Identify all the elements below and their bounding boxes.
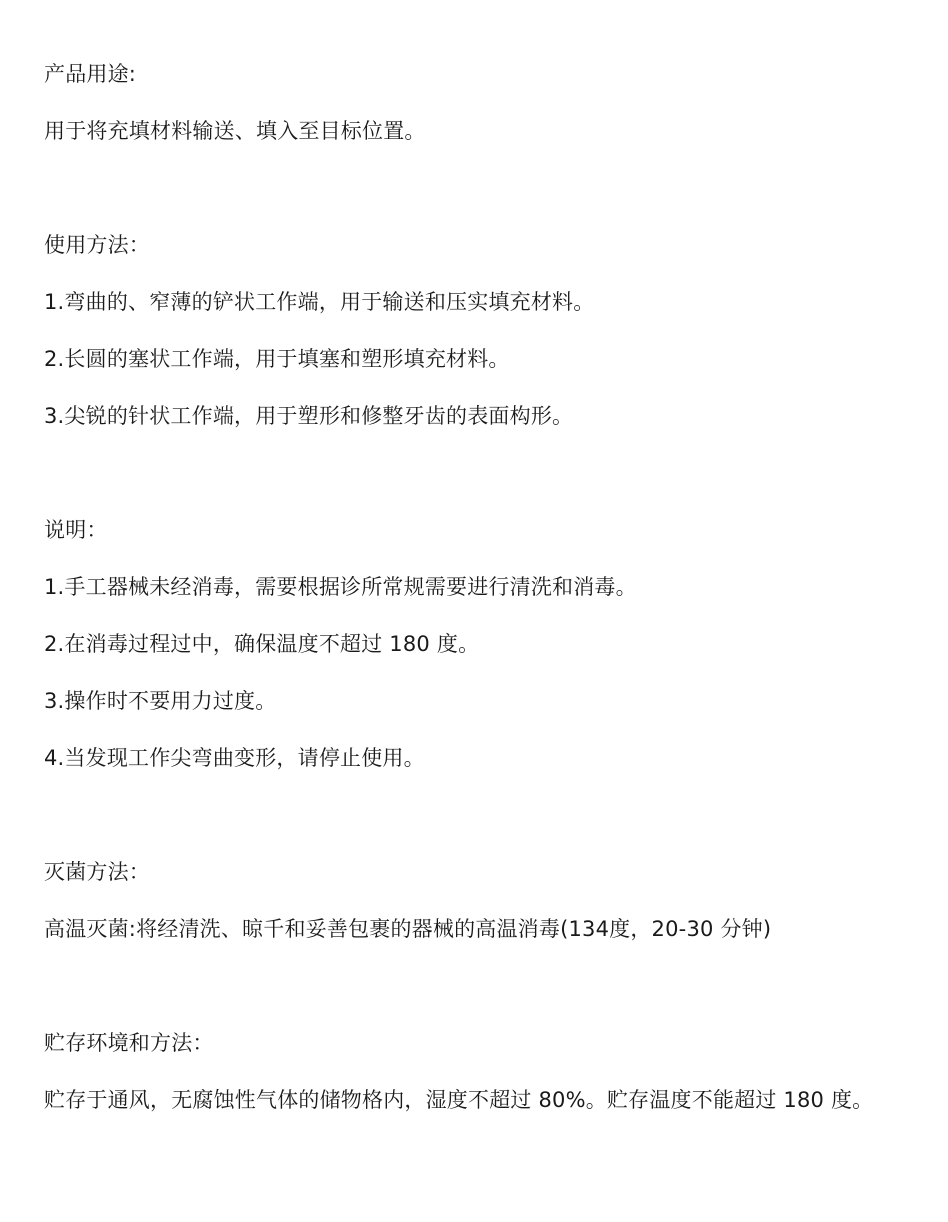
paragraph-line: 用于将充填材料输送、填入至目标位置。 (44, 103, 904, 160)
section-heading: 灭菌方法： (44, 844, 904, 901)
section-heading: 产品用途: (44, 46, 904, 103)
section-storage: 贮存环境和方法： 贮存于通风，无腐蚀性气体的储物格内，湿度不超过 80%。贮存温… (44, 1015, 904, 1129)
document: 产品用途: 用于将充填材料输送、填入至目标位置。 使用方法： 1.弯曲的、窄薄的… (0, 0, 948, 1129)
section-spacer (44, 958, 904, 1015)
section-spacer (44, 445, 904, 502)
list-item: 4.当发现工作尖弯曲变形，请停止使用。 (44, 730, 904, 787)
section-heading: 贮存环境和方法： (44, 1015, 904, 1072)
list-item: 2.在消毒过程过中，确保温度不超过 180 度。 (44, 616, 904, 673)
section-heading: 说明： (44, 502, 904, 559)
paragraph-line: 高温灭菌:将经清洗、晾千和妥善包裹的器械的高温消毒(134度，20-30 分钟) (44, 901, 904, 958)
section-spacer (44, 160, 904, 217)
section-heading: 使用方法： (44, 217, 904, 274)
paragraph-line: 贮存于通风，无腐蚀性气体的储物格内，湿度不超过 80%。贮存温度不能超过 180… (44, 1072, 884, 1129)
section-usage-method: 使用方法： 1.弯曲的、窄薄的铲状工作端，用于输送和压实填充材料。 2.长圆的塞… (44, 217, 904, 445)
list-item: 1.弯曲的、窄薄的铲状工作端，用于输送和压实填充材料。 (44, 274, 904, 331)
section-notes: 说明： 1.手工器械未经消毒，需要根据诊所常规需要进行清洗和消毒。 2.在消毒过… (44, 502, 904, 787)
section-spacer (44, 787, 904, 844)
list-item: 1.手工器械未经消毒，需要根据诊所常规需要进行清洗和消毒。 (44, 559, 904, 616)
list-item: 3.尖锐的针状工作端，用于塑形和修整牙齿的表面构形。 (44, 388, 904, 445)
list-item: 2.长圆的塞状工作端，用于填塞和塑形填充材料。 (44, 331, 904, 388)
section-sterilization: 灭菌方法： 高温灭菌:将经清洗、晾千和妥善包裹的器械的高温消毒(134度，20-… (44, 844, 904, 958)
section-product-use: 产品用途: 用于将充填材料输送、填入至目标位置。 (44, 46, 904, 160)
list-item: 3.操作时不要用力过度。 (44, 673, 904, 730)
